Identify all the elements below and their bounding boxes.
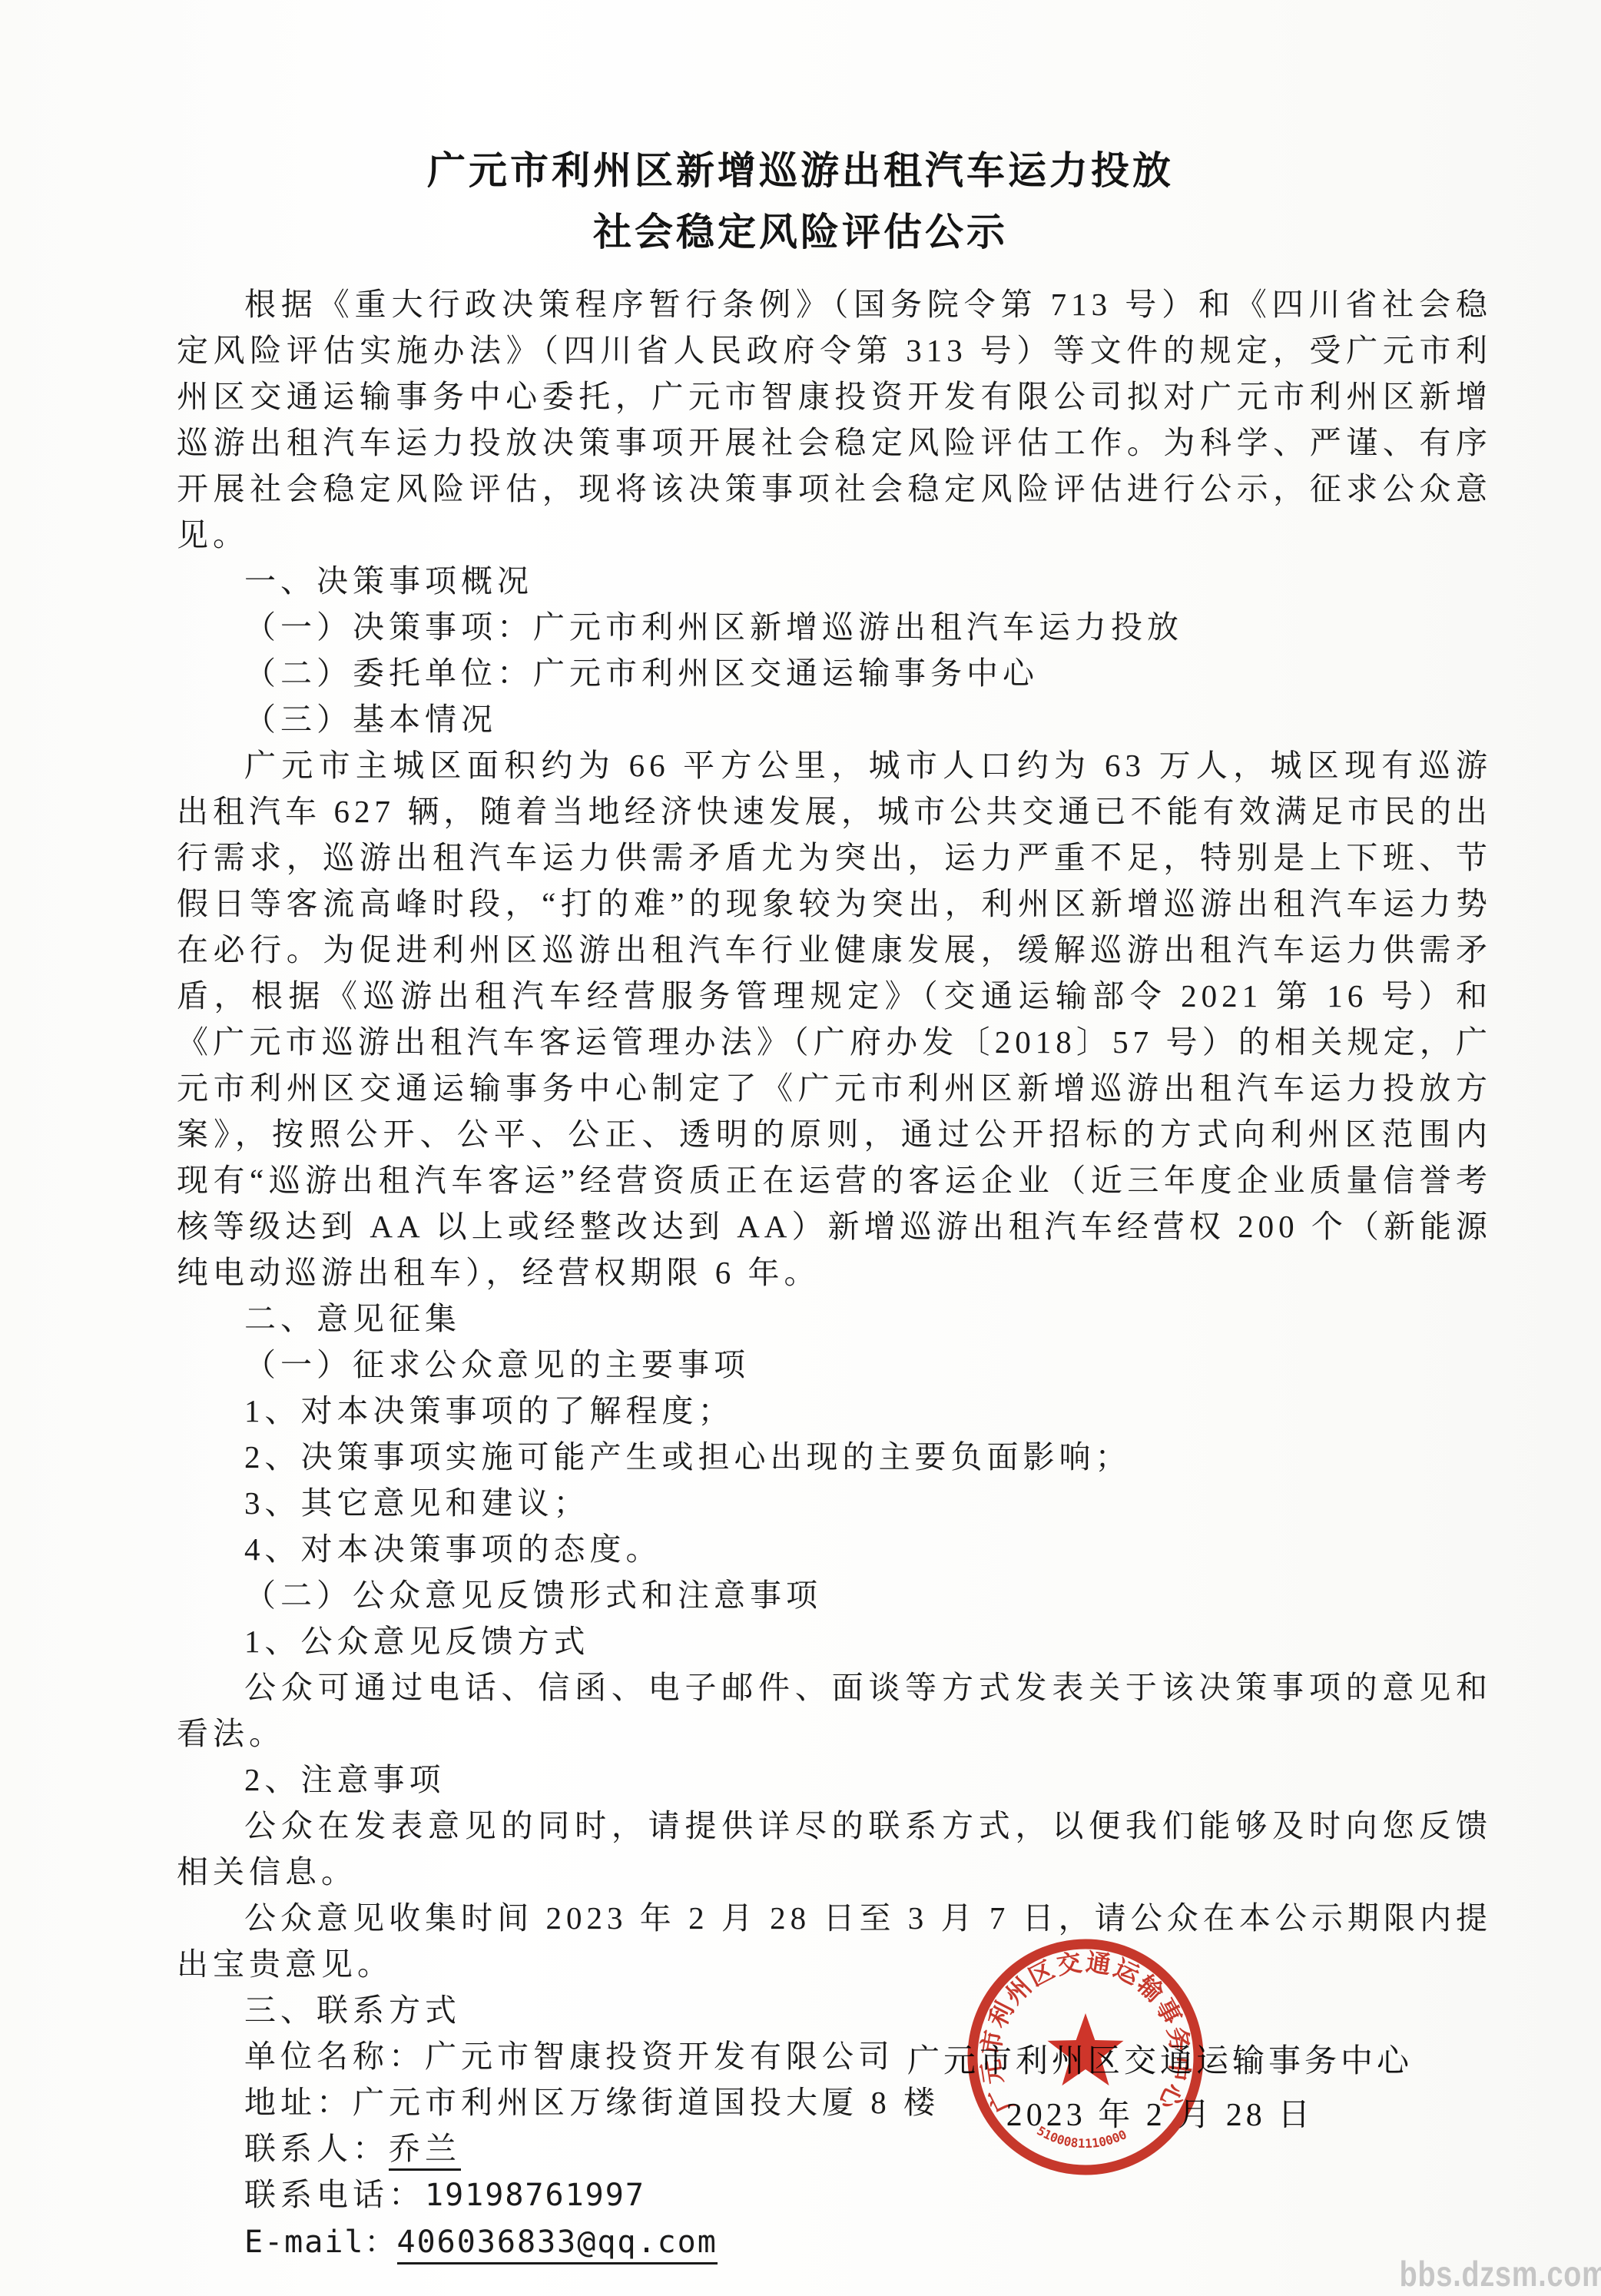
contact-value: 406036833@qq.com: [397, 2225, 718, 2264]
subheading-feedback-form: （二）公众意见反馈形式和注意事项: [177, 1572, 1492, 1618]
subheading-main-matters: （一）征求公众意见的主要事项: [177, 1342, 1492, 1388]
contact-label: 联系人：: [244, 2131, 389, 2166]
item-entrusting-unit: （二）委托单位：广元市利州区交通运输事务中心: [177, 650, 1492, 696]
contact-label: 联系电话：: [244, 2177, 425, 2212]
document-title: 广元市利州区新增巡游出租汽车运力投放 社会稳定风险评估公示: [0, 140, 1601, 263]
list-item-4: 4、对本决策事项的态度。: [177, 1526, 1492, 1572]
section-heading-3: 三、联系方式: [177, 1987, 1492, 2033]
subitem-feedback-method: 1、公众意见反馈方式: [177, 1618, 1492, 1664]
paragraph-feedback-method: 公众可通过电话、信函、电子邮件、面谈等方式发表关于该决策事项的意见和看法。: [177, 1664, 1492, 1757]
contact-value: 乔兰: [389, 2131, 461, 2171]
section-heading-1: 一、决策事项概况: [177, 558, 1492, 604]
item-basic-situation: （三）基本情况: [177, 696, 1492, 742]
contact-label: E-mail：: [244, 2225, 397, 2260]
official-seal: 广元市利州区交通运输事务中心 5100081110000: [966, 1938, 1205, 2176]
document-body: 根据《重大行政决策程序暂行条例》（国务院令第 713 号）和《四川省社会稳定风险…: [177, 281, 1492, 2265]
paragraph-notes: 公众在发表意见的同时，请提供详尽的联系方式，以便我们能够及时向您反馈相关信息。: [177, 1803, 1492, 1895]
title-line-2: 社会稳定风险评估公示: [0, 201, 1601, 263]
section-heading-2: 二、意见征集: [177, 1296, 1492, 1342]
paragraph-basic-situation: 广元市主城区面积约为 66 平方公里，城市人口约为 63 万人，城区现有巡游出租…: [177, 742, 1492, 1296]
watermark: bbs.dzsm.com: [1400, 2253, 1601, 2294]
contact-label: 地址：: [244, 2085, 353, 2120]
item-decision-matter: （一）决策事项：广元市利州区新增巡游出租汽车运力投放: [177, 604, 1492, 650]
subitem-notes: 2、注意事项: [177, 1757, 1492, 1803]
contact-label: 单位名称：: [244, 2039, 425, 2074]
contact-row-phone: 联系电话：19198761997: [177, 2172, 1492, 2218]
contact-row-email: E-mail：406036833@qq.com: [177, 2218, 1492, 2265]
seal-code-text: 5100081110000: [1035, 2123, 1132, 2151]
paragraph-collection-period: 公众意见收集时间 2023 年 2 月 28 日至 3 月 7 日，请公众在本公…: [177, 1895, 1492, 1987]
contact-value: 广元市智康投资开发有限公司: [425, 2039, 894, 2074]
list-item-1: 1、对本决策事项的了解程度；: [177, 1388, 1492, 1434]
svg-text:5100081110000: 5100081110000: [1035, 2123, 1132, 2151]
title-line-1: 广元市利州区新增巡游出租汽车运力投放: [0, 140, 1601, 201]
contact-value: 19198761997: [425, 2178, 645, 2213]
paragraph-intro: 根据《重大行政决策程序暂行条例》（国务院令第 713 号）和《四川省社会稳定风险…: [177, 281, 1492, 558]
seal-star-icon: [1048, 2013, 1124, 2085]
scanned-notice-page: 广元市利州区新增巡游出租汽车运力投放 社会稳定风险评估公示 根据《重大行政决策程…: [0, 0, 1601, 2296]
list-item-2: 2、决策事项实施可能产生或担心出现的主要负面影响；: [177, 1434, 1492, 1480]
list-item-3: 3、其它意见和建议；: [177, 1480, 1492, 1526]
